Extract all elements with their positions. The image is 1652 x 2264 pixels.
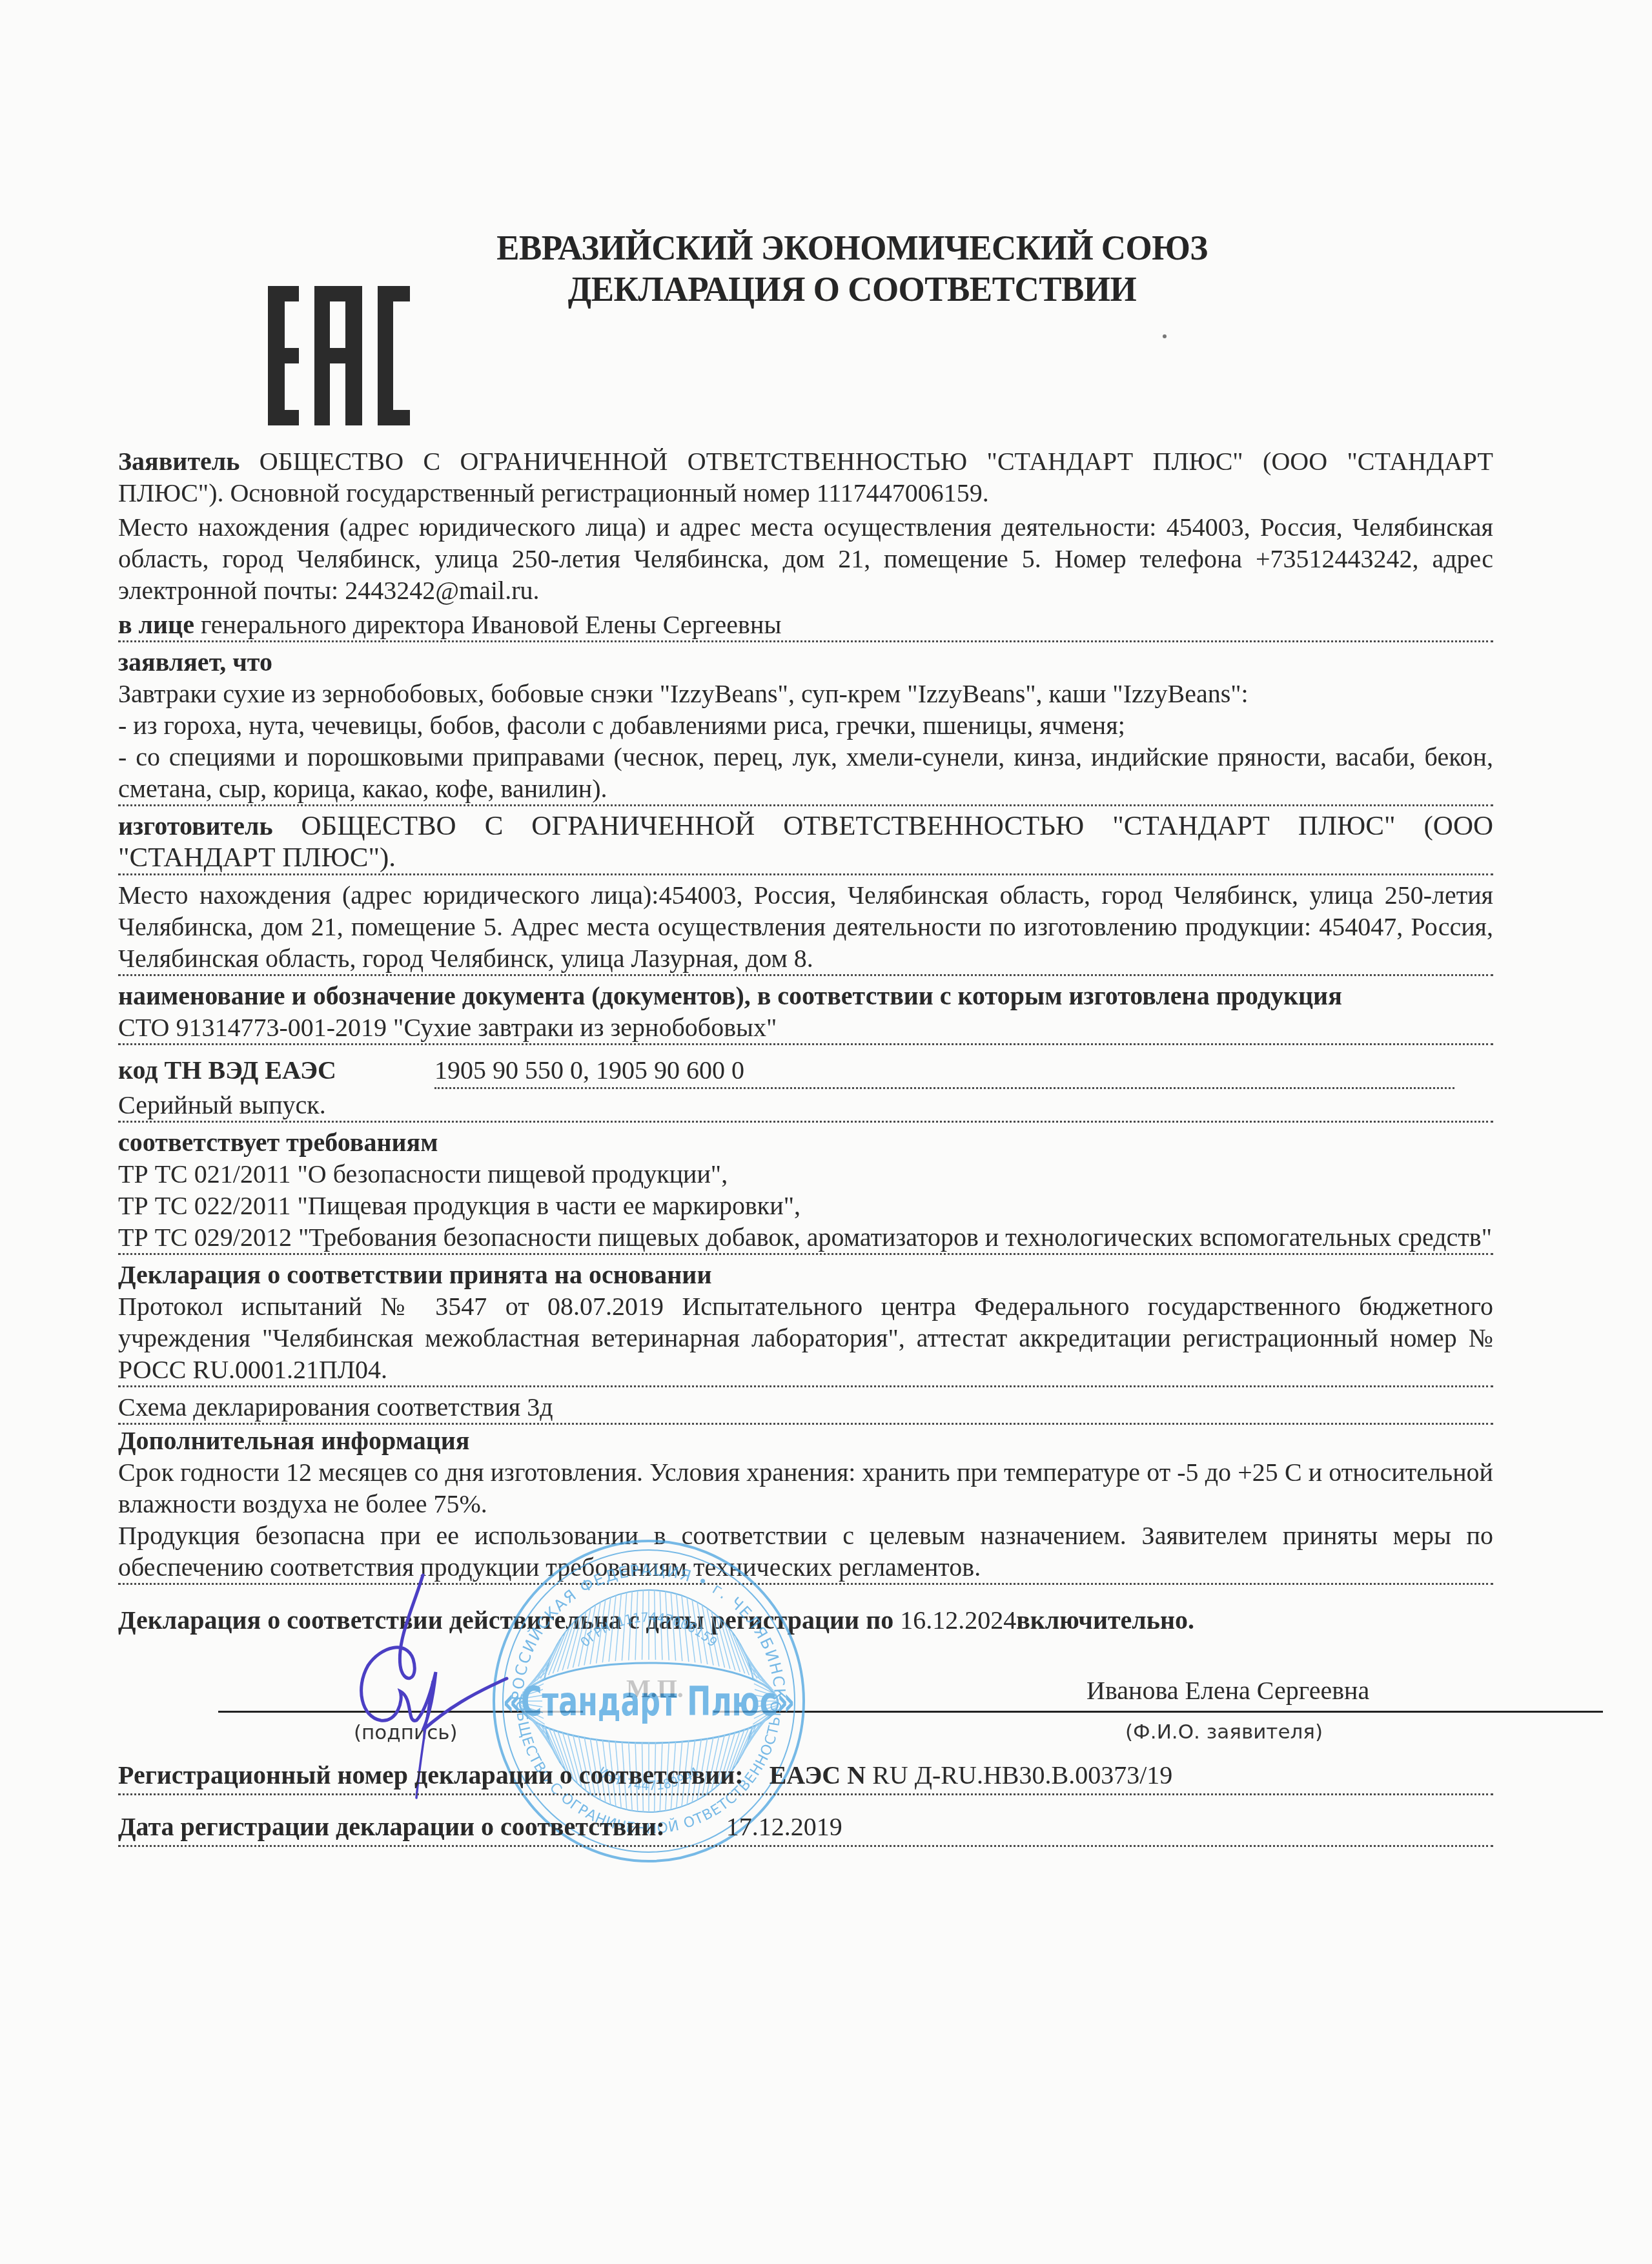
representative-name: генерального директора Ивановой Елены Се… bbox=[194, 610, 781, 639]
applicant-representative: в лице генерального директора Ивановой Е… bbox=[118, 609, 1493, 640]
applicant-section: Заявитель ОБЩЕСТВО С ОГРАНИЧЕННОЙ ОТВЕТС… bbox=[118, 445, 1493, 511]
manufacturer-label: изготовитель bbox=[118, 811, 273, 841]
declares-label: заявляет, что bbox=[118, 646, 1493, 678]
requirement-item: ТР ТС 022/2011 "Пищевая продукция в част… bbox=[118, 1190, 1493, 1221]
eac-mark-icon bbox=[268, 286, 410, 425]
product-item-1: - из гороха, нута, чечевицы, бобов, фасо… bbox=[118, 709, 1493, 741]
manufacturer-address: Место нахождения (адрес юридического лиц… bbox=[118, 879, 1493, 974]
signer-name: Иванова Елена Сергеевна bbox=[1086, 1675, 1369, 1706]
product-description: Завтраки сухие из зернобобовых, бобовые … bbox=[118, 678, 1493, 709]
applicant-label: Заявитель bbox=[118, 447, 240, 476]
requirement-item: ТР ТС 029/2012 "Требования безопасности … bbox=[118, 1221, 1493, 1253]
eac-logo bbox=[268, 286, 410, 425]
manufacturer-section: изготовитель ОБЩЕСТВО С ОГРАНИЧЕННОЙ ОТВ… bbox=[118, 810, 1493, 873]
signer-caption: (Ф.И.О. заявителя) bbox=[1125, 1720, 1323, 1744]
document-title: ЕВРАЗИЙСКИЙ ЭКОНОМИЧЕСКИЙ СОЮЗ ДЕКЛАРАЦИ… bbox=[413, 227, 1291, 310]
requirements-label: соответствует требованиям bbox=[118, 1127, 1493, 1158]
title-line-declaration: ДЕКЛАРАЦИЯ О СООТВЕТСТВИИ bbox=[422, 269, 1283, 310]
standard-doc-value: СТО 91314773-001-2019 "Сухие завтраки из… bbox=[118, 1012, 1493, 1043]
registration-number-value: ЕАЭС N RU Д-RU.НВ30.В.00373/19 bbox=[770, 1759, 1173, 1791]
basis-label: Декларация о соответствии принята на осн… bbox=[118, 1259, 1493, 1290]
product-item-2: - со специями и порошковыми приправами (… bbox=[118, 741, 1493, 804]
title-line-union: ЕВРАЗИЙСКИЙ ЭКОНОМИЧЕСКИЙ СОЮЗ bbox=[422, 227, 1283, 269]
standard-doc-label: наименование и обозначение документа (до… bbox=[118, 980, 1493, 1012]
scan-speck bbox=[1163, 334, 1167, 338]
registration-number-label: Регистрационный номер декларации о соотв… bbox=[118, 1759, 744, 1791]
declaration-scheme: Схема декларирования соответствия 3д bbox=[118, 1391, 1493, 1423]
registration-number-row: Регистрационный номер декларации о соотв… bbox=[118, 1759, 1493, 1795]
stamp-center-text: «Стандарт Плюс» bbox=[503, 1678, 795, 1725]
registration-date-label: Дата регистрации декларации о соответств… bbox=[118, 1811, 665, 1842]
tn-ved-value: 1905 90 550 0, 1905 90 600 0 bbox=[434, 1054, 1454, 1089]
additional-info-label: Дополнительная информация bbox=[118, 1425, 1493, 1456]
manufacturer-name: ОБЩЕСТВО С ОГРАНИЧЕННОЙ ОТВЕТСТВЕННОСТЬЮ… bbox=[118, 811, 1493, 873]
representative-label: в лице bbox=[118, 610, 194, 639]
tn-ved-row: код ТН ВЭД ЕАЭС 1905 90 550 0, 1905 90 6… bbox=[118, 1054, 1493, 1089]
applicant-address: Место нахождения (адрес юридического лиц… bbox=[118, 511, 1493, 609]
requirement-item: ТР ТС 021/2011 "О безопасности пищевой п… bbox=[118, 1158, 1493, 1190]
registration-date-row: Дата регистрации декларации о соответств… bbox=[118, 1811, 1493, 1847]
applicant-name: ОБЩЕСТВО С ОГРАНИЧЕННОЙ ОТВЕТСТВЕННОСТЬЮ… bbox=[118, 447, 1493, 507]
signer-name-line bbox=[713, 1711, 1603, 1713]
storage-conditions: Срок годности 12 месяцев со дня изготовл… bbox=[118, 1456, 1493, 1520]
tn-ved-label: код ТН ВЭД ЕАЭС bbox=[118, 1054, 434, 1086]
declaration-body: Заявитель ОБЩЕСТВО С ОГРАНИЧЕННОЙ ОТВЕТС… bbox=[118, 445, 1493, 1636]
basis-text: Протокол испытаний № 3547 от 08.07.2019 … bbox=[118, 1290, 1493, 1385]
release-type: Серийный выпуск. bbox=[118, 1089, 1493, 1121]
registration-date-value: 17.12.2019 bbox=[726, 1811, 842, 1842]
declaration-page: ЕВРАЗИЙСКИЙ ЭКОНОМИЧЕСКИЙ СОЮЗ ДЕКЛАРАЦИ… bbox=[0, 0, 1652, 2264]
